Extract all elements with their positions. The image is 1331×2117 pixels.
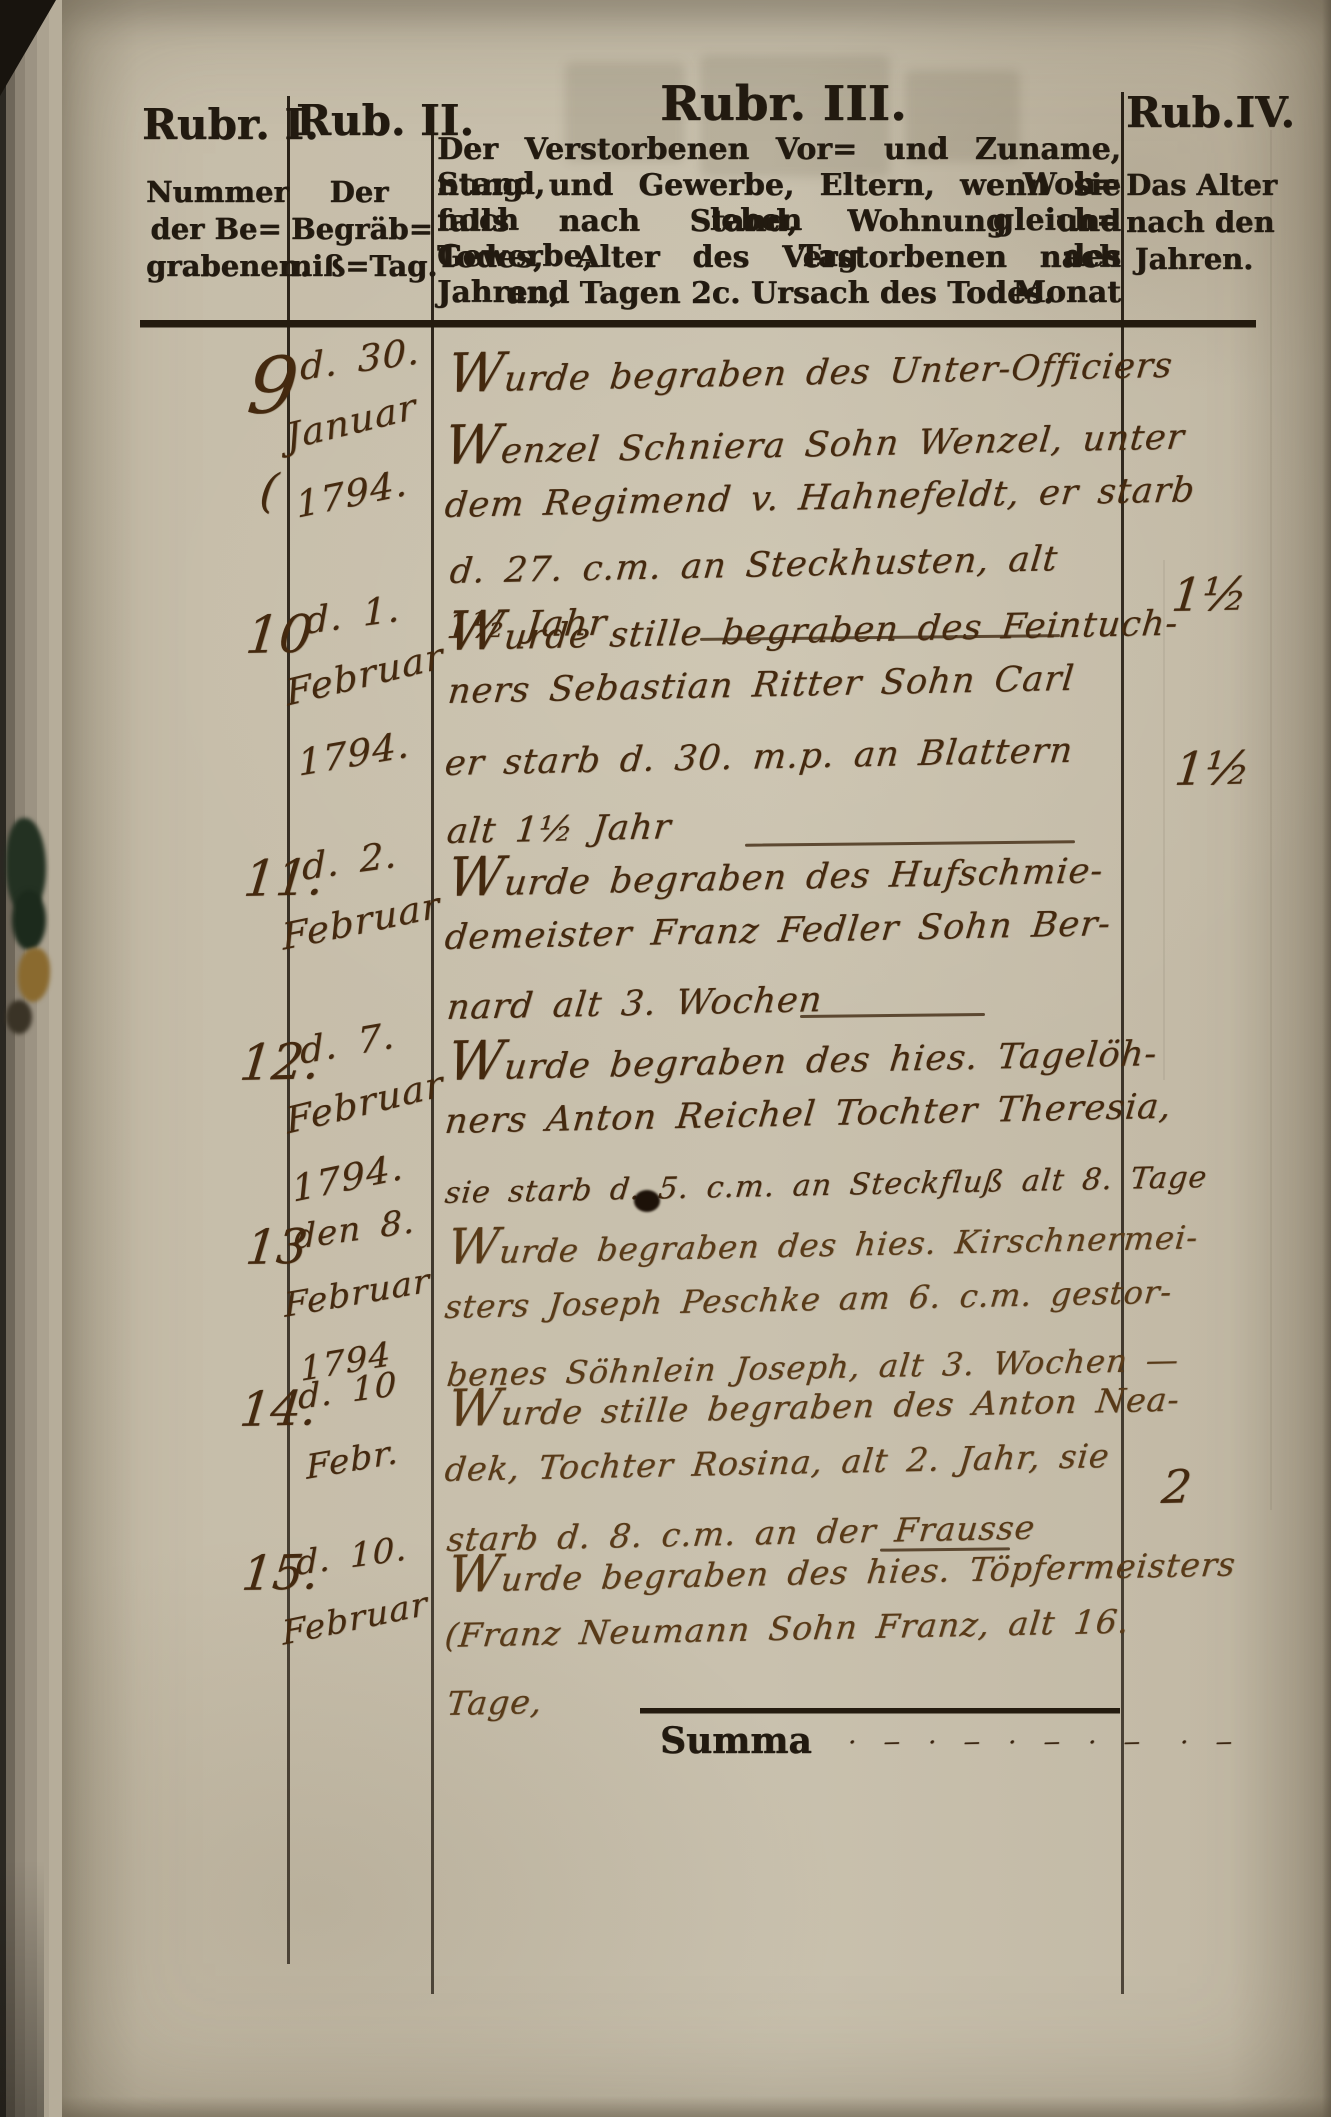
col3-desc-line: und Tagen 2c. Ursach des Todes. bbox=[437, 276, 1121, 311]
page-edge-band bbox=[6, 0, 15, 2117]
col1-label-line: der Be= bbox=[146, 212, 286, 246]
rubric-3-title: Rubr. III. bbox=[660, 76, 907, 132]
rubric-4-title: Rub.IV. bbox=[1126, 88, 1295, 137]
page-edge-band bbox=[49, 0, 62, 2117]
summa-label: Summa bbox=[660, 1720, 812, 1762]
summa-mark: · ‒ bbox=[1178, 1727, 1239, 1758]
binding-stain-dark bbox=[6, 1000, 32, 1034]
paper-crease bbox=[1270, 130, 1272, 1510]
col4-label-line: Jahren. bbox=[1126, 242, 1262, 276]
page-edge-band bbox=[15, 0, 25, 2117]
entry-text-line: nard alt 3. Wochen bbox=[445, 980, 824, 1028]
col2-label-line: Begräb= bbox=[291, 212, 427, 246]
col2-label-line: niß=Tag. bbox=[291, 249, 427, 283]
corner-shadow bbox=[0, 0, 56, 96]
ink-blot bbox=[634, 1190, 660, 1212]
col1-label-line: grabenen. bbox=[146, 249, 286, 283]
bottom-page-edge bbox=[62, 2096, 1331, 2117]
summa-mark: · ‒ bbox=[846, 1727, 907, 1758]
summa-mark: · ‒ bbox=[1006, 1727, 1067, 1758]
summa-mark: · ‒ bbox=[1086, 1727, 1147, 1758]
entry-age: 1½ bbox=[1172, 740, 1254, 796]
binding-stain-green bbox=[12, 890, 46, 950]
entry-text-line: Tage, bbox=[445, 1682, 544, 1723]
col2-label-line: Der bbox=[291, 175, 427, 209]
entry-age: 1½ bbox=[1169, 566, 1251, 622]
binding-bottom-shadow bbox=[0, 1860, 44, 2117]
col4-label-line: nach den bbox=[1126, 205, 1262, 239]
summa-rule bbox=[640, 1708, 1120, 1713]
summa-mark: · ‒ bbox=[926, 1727, 987, 1758]
rubric-1-title: Rubr. I. bbox=[142, 100, 319, 149]
scanned-burial-register-page: Rubr. I. Rub. II. Rubr. III. Rub.IV. Num… bbox=[0, 0, 1331, 2117]
page-edge-band bbox=[37, 0, 49, 2117]
entry-age: 2 bbox=[1159, 1459, 1195, 1514]
header-rule bbox=[140, 320, 1256, 327]
col1-label-line: Nummer bbox=[146, 175, 286, 209]
page-edge-band bbox=[25, 0, 37, 2117]
right-page-edge bbox=[1322, 0, 1331, 2117]
column-divider-2-3 bbox=[431, 110, 434, 1994]
col4-label-line: Das Alter bbox=[1126, 168, 1262, 202]
